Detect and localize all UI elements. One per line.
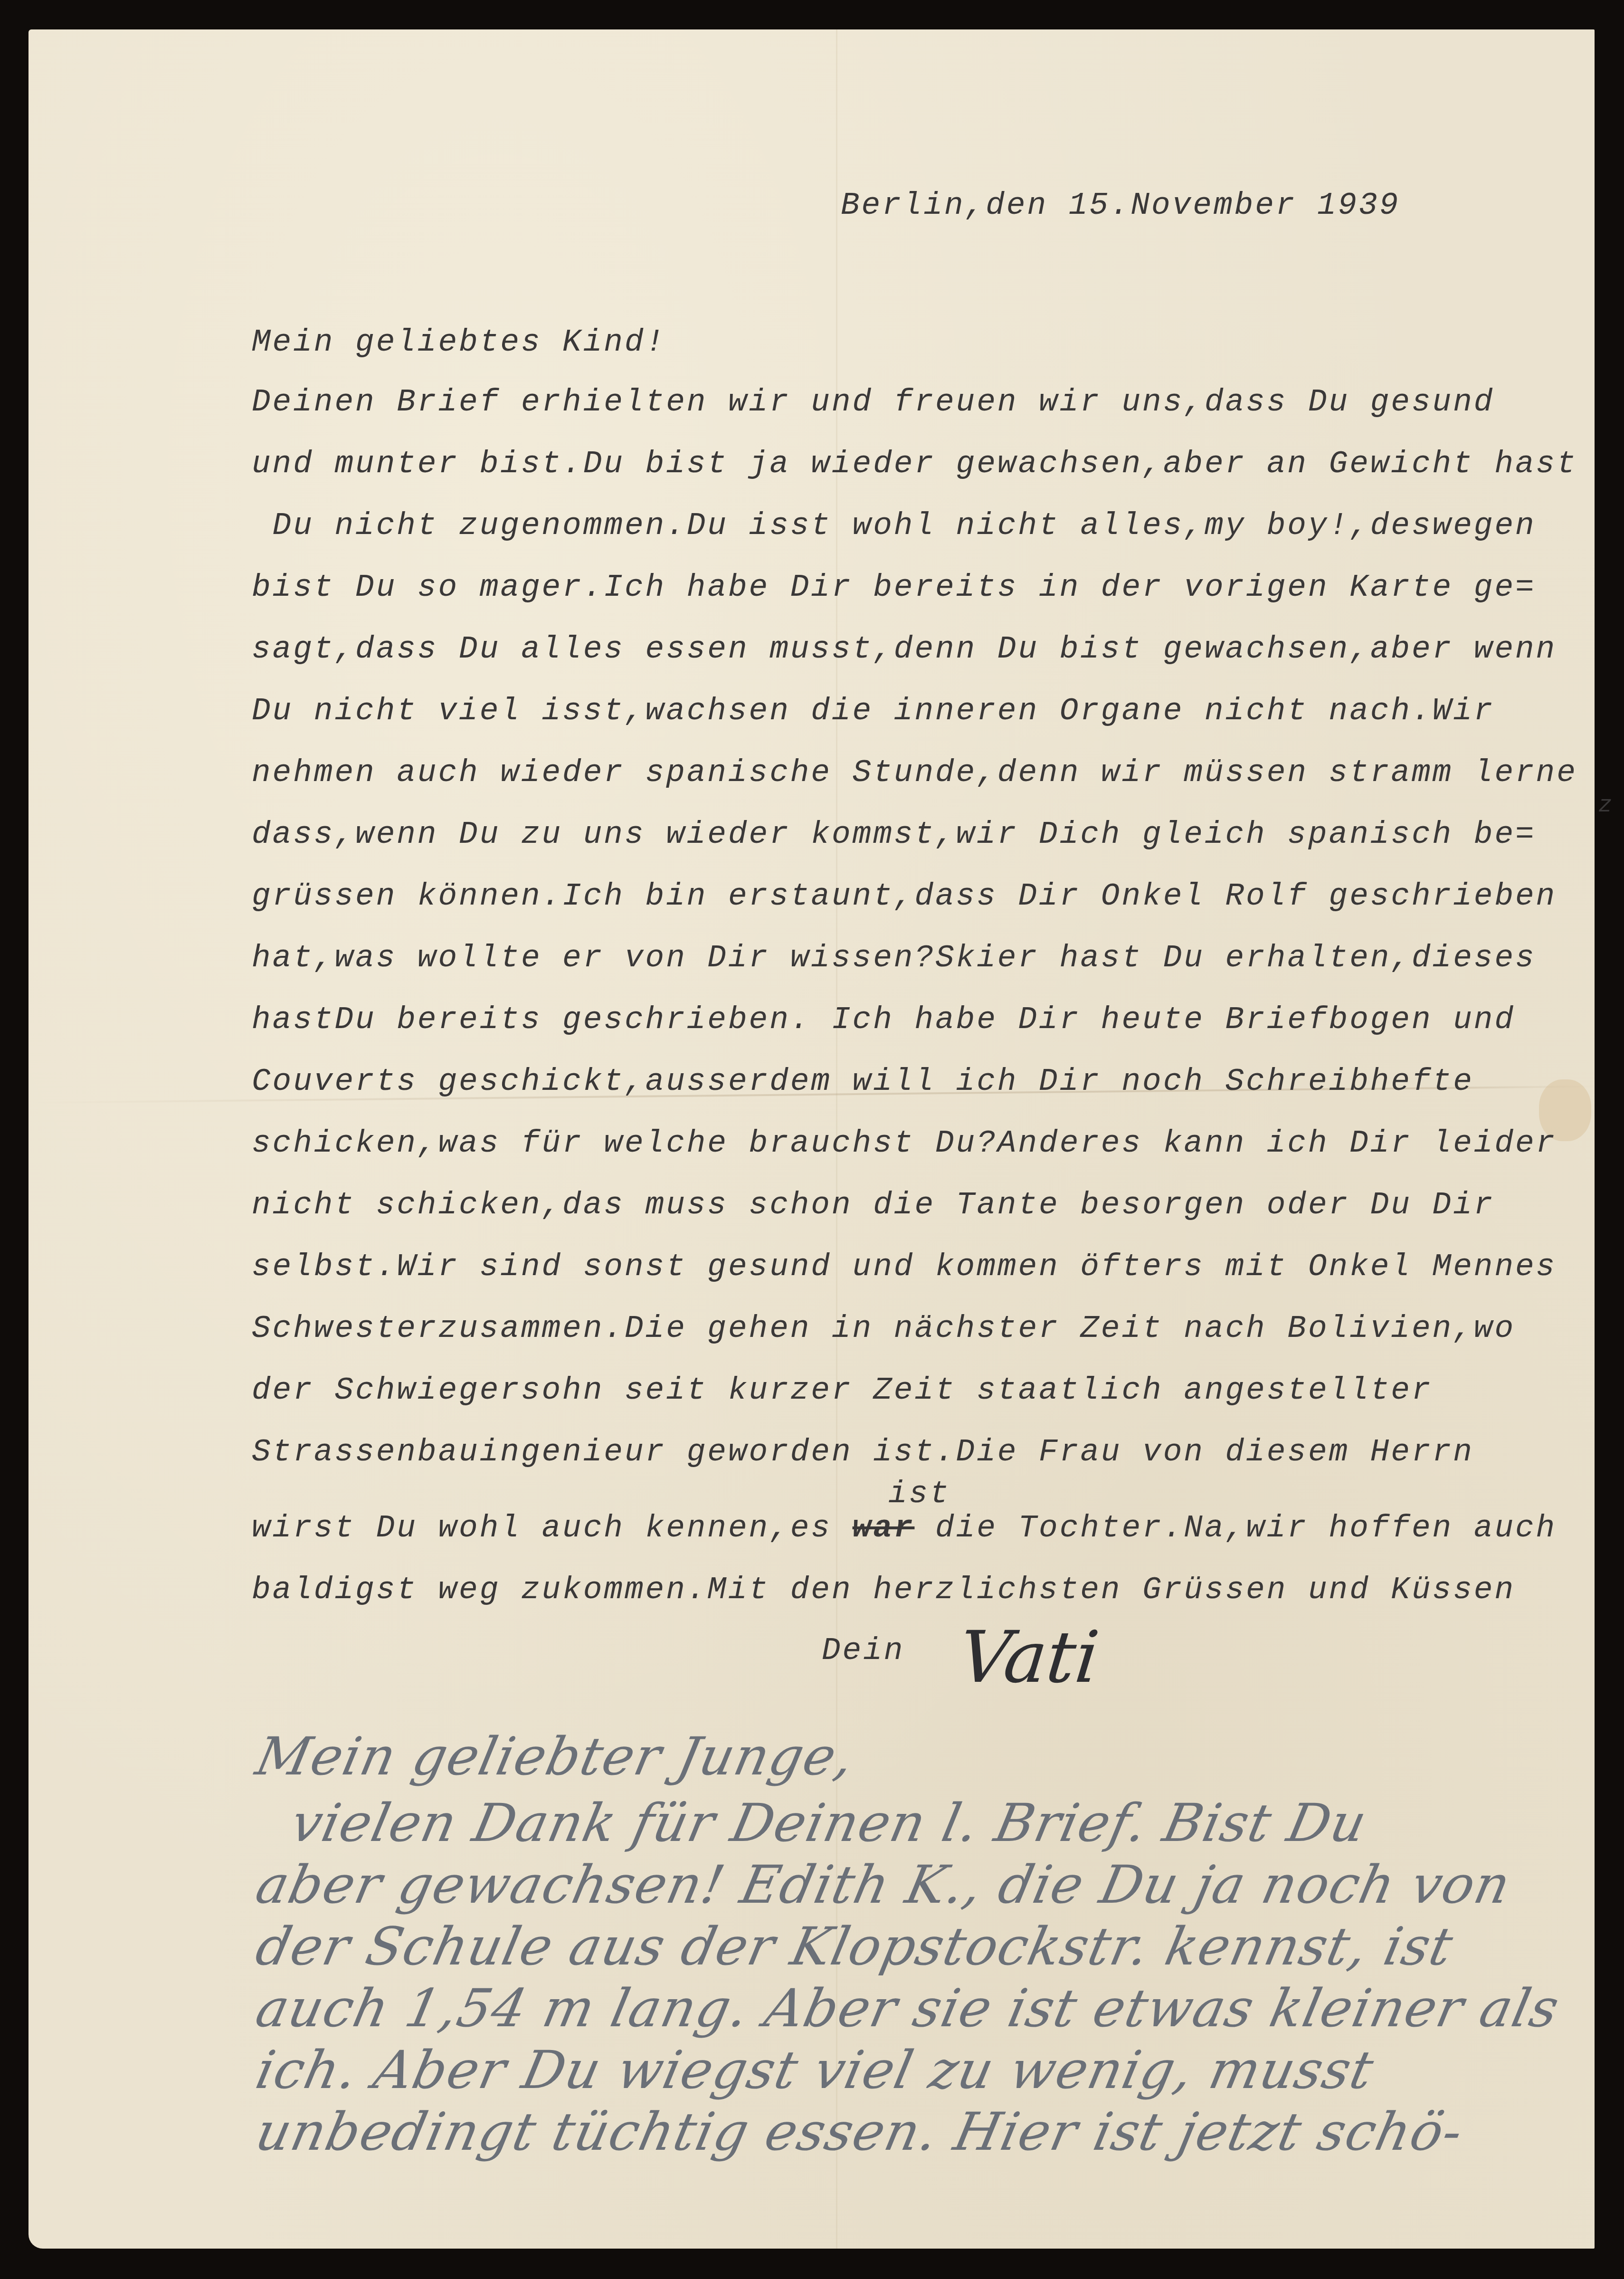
typed-body-line: nehmen auch wieder spanische Stunde,denn… bbox=[252, 757, 1577, 789]
typed-body-line: und munter bist.Du bist ja wieder gewach… bbox=[252, 448, 1577, 480]
inserted-correction-word: ist bbox=[888, 1478, 950, 1510]
typed-salutation: Mein geliebtes Kind! bbox=[252, 327, 666, 358]
margin-correction-mark: z bbox=[1598, 794, 1614, 817]
handwritten-line: aber gewachsen! Edith K., die Du ja noch… bbox=[252, 1859, 1515, 1911]
handwritten-line: ich. Aber Du wiegst viel zu wenig, musst bbox=[252, 2044, 1378, 2096]
typed-body-line: der Schwiegersohn seit kurzer Zeit staat… bbox=[252, 1375, 1433, 1406]
typed-body-line: Schwesterzusammen.Die gehen in nächster … bbox=[252, 1313, 1515, 1345]
typed-body-line: Deinen Brief erhielten wir und freuen wi… bbox=[252, 387, 1494, 418]
handwritten-line: unbedingt tüchtig essen. Hier ist jetzt … bbox=[252, 2106, 1468, 2158]
handwritten-line: vielen Dank für Deinen l. Brief. Bist Du bbox=[252, 1797, 1372, 1849]
typed-body-line: baldigst weg zukommen.Mit den herzlichst… bbox=[252, 1574, 1515, 1606]
typed-body-line: Du nicht viel isst,wachsen die inneren O… bbox=[252, 696, 1494, 727]
typed-body-line: selbst.Wir sind sonst gesund und kommen … bbox=[252, 1251, 1557, 1283]
typed-body-line: sagt,dass Du alles essen musst,denn Du b… bbox=[252, 634, 1557, 665]
typed-body-line: dass,wenn Du zu uns wieder kommst,wir Di… bbox=[252, 819, 1536, 850]
typed-body-line: Du nicht zugenommen.Du isst wohl nicht a… bbox=[252, 510, 1536, 542]
handwritten-line: der Schule aus der Klopstockstr. kennst,… bbox=[252, 1920, 1458, 1973]
date-line: Berlin,den 15.November 1939 bbox=[841, 190, 1400, 221]
typed-body-line: schicken,was für welche brauchst Du?Ande… bbox=[252, 1128, 1557, 1159]
typed-body-line: Couverts geschickt,ausserdem will ich Di… bbox=[252, 1066, 1474, 1097]
line-text-after: die Tochter.Na,wir hoffen auch bbox=[914, 1510, 1557, 1546]
typed-body-line: hat,was wollte er von Dir wissen?Skier h… bbox=[252, 943, 1536, 974]
closing-word: Dein bbox=[822, 1635, 904, 1667]
typed-body-line: bist Du so mager.Ich habe Dir bereits in… bbox=[252, 572, 1536, 603]
struck-out-word: war bbox=[853, 1510, 915, 1546]
handwritten-line: auch 1,54 m lang. Aber sie ist etwas kle… bbox=[252, 1982, 1564, 2034]
line-text-before: wirst Du wohl auch kennen,es bbox=[252, 1510, 853, 1546]
letter-paper: Berlin,den 15.November 1939 Mein geliebt… bbox=[28, 29, 1595, 2249]
handwritten-signature: Vati bbox=[955, 1616, 1103, 1699]
typed-body-line: grüssen können.Ich bin erstaunt,dass Dir… bbox=[252, 881, 1557, 912]
handwritten-salutation: Mein geliebter Junge, bbox=[252, 1730, 859, 1783]
typed-body-line: hastDu bereits geschrieben. Ich habe Dir… bbox=[252, 1004, 1515, 1036]
typed-body-line: nicht schicken,das muss schon die Tante … bbox=[252, 1190, 1494, 1221]
typed-body-line: Strassenbauingenieur geworden ist.Die Fr… bbox=[252, 1437, 1474, 1468]
typed-body-line-with-strikeout: wirst Du wohl auch kennen,es war die Toc… bbox=[252, 1513, 1557, 1544]
